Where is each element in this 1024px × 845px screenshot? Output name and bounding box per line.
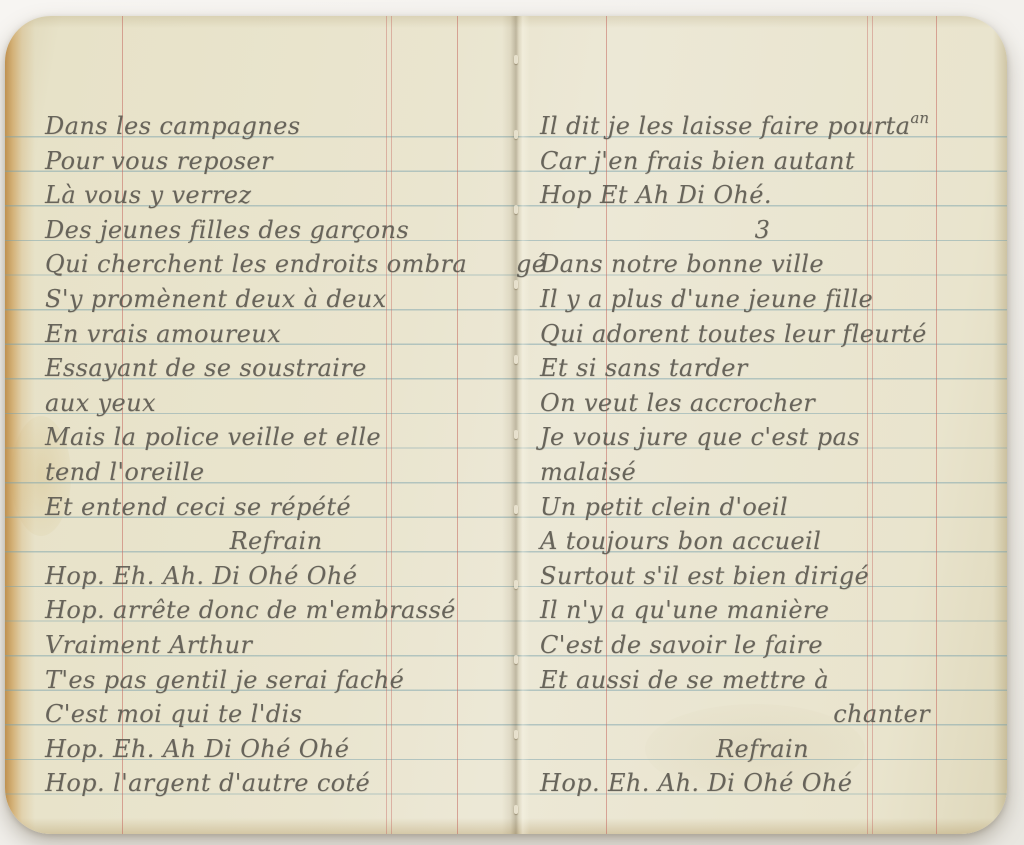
handwritten-line: Il dit je les laisse faire pourtaan: [540, 109, 985, 144]
line-text: Un petit clein d'oeil: [540, 493, 788, 521]
stitch-mark: [514, 430, 518, 439]
handwritten-line: T'es pas gentil je serai faché: [45, 663, 507, 698]
line-text: chanter: [833, 700, 930, 728]
stitch-mark: [514, 505, 518, 514]
line-text: Et entend ceci se répété: [45, 493, 351, 521]
right-page-text: Il dit je les laisse faire pourtaanCar j…: [540, 16, 985, 834]
stitch-mark: [514, 130, 518, 139]
line-text: Vraiment Arthur: [45, 631, 252, 659]
handwritten-line: Dans les campagnes: [45, 109, 507, 144]
handwritten-line: C'est de savoir le faire: [540, 628, 985, 663]
handwritten-line: Un petit clein d'oeil: [540, 490, 985, 525]
line-text: Pour vous reposer: [45, 147, 273, 175]
handwritten-line: géDans notre bonne ville: [540, 247, 985, 282]
handwritten-line: Surtout s'il est bien dirigé: [540, 559, 985, 594]
handwritten-line: Qui cherchent les endroits ombra: [45, 247, 507, 282]
handwritten-line: Des jeunes filles des garçons: [45, 213, 507, 248]
handwritten-line: Hop. l'argent d'autre coté: [45, 766, 507, 801]
handwritten-line: chanter: [540, 697, 985, 732]
handwritten-line: 3: [540, 213, 985, 248]
handwritten-line: Hop. Eh. Ah Di Ohé Ohé: [45, 732, 507, 767]
line-text: C'est moi qui te l'dis: [45, 700, 302, 728]
handwritten-line: En vrais amoureux: [45, 317, 507, 352]
line-text: Qui cherchent les endroits ombra: [45, 250, 467, 278]
handwritten-line: Essayant de se soustraire: [45, 351, 507, 386]
handwritten-line: Qui adorent toutes leur fleurté: [540, 317, 985, 352]
stitch-mark: [514, 655, 518, 664]
line-text: On veut les accrocher: [540, 389, 815, 417]
line-text: Dans les campagnes: [45, 112, 301, 140]
scan-background: Dans les campagnesPour vous reposerLà vo…: [0, 0, 1024, 845]
handwritten-line: Il y a plus d'une jeune fille: [540, 282, 985, 317]
line-text: Hop. Eh. Ah Di Ohé Ohé: [45, 735, 349, 763]
line-text: Hop. l'argent d'autre coté: [45, 769, 370, 797]
line-text: Il n'y a qu'une manière: [540, 596, 829, 624]
stitch-mark: [514, 580, 518, 589]
stitch-mark: [514, 730, 518, 739]
line-text: aux yeux: [45, 389, 156, 417]
line-text: Il dit je les laisse faire pourta: [540, 112, 910, 140]
line-text: S'y promènent deux à deux: [45, 285, 387, 313]
handwritten-line: S'y promènent deux à deux: [45, 282, 507, 317]
handwritten-line: Hop Et Ah Di Ohé.: [540, 178, 985, 213]
handwritten-line: malaisé: [540, 455, 985, 490]
left-page-text: Dans les campagnesPour vous reposerLà vo…: [45, 16, 507, 834]
handwritten-line: C'est moi qui te l'dis: [45, 697, 507, 732]
line-text: Hop. arrête donc de m'embrassé: [45, 596, 456, 624]
stitch-mark: [514, 205, 518, 214]
handwritten-line: Là vous y verrez: [45, 178, 507, 213]
superscript-tail: an: [910, 109, 929, 127]
line-text: T'es pas gentil je serai faché: [45, 666, 404, 694]
handwritten-line: On veut les accrocher: [540, 386, 985, 421]
stitch-mark: [514, 355, 518, 364]
handwritten-line: Pour vous reposer: [45, 144, 507, 179]
handwritten-line: Hop. Eh. Ah. Di Ohé Ohé: [540, 766, 985, 801]
line-text: Car j'en frais bien autant: [540, 147, 855, 175]
line-text: Qui adorent toutes leur fleurté: [540, 320, 927, 348]
line-text: Hop. Eh. Ah. Di Ohé Ohé: [45, 562, 357, 590]
notebook-spread: Dans les campagnesPour vous reposerLà vo…: [5, 16, 1007, 834]
line-text: Là vous y verrez: [45, 181, 251, 209]
handwritten-line: aux yeux: [45, 386, 507, 421]
line-text: tend l'oreille: [45, 458, 205, 486]
line-text: Essayant de se soustraire: [45, 354, 367, 382]
margin-continuation: gé: [516, 247, 546, 282]
line-text: Et si sans tarder: [540, 354, 748, 382]
stitch-mark: [514, 805, 518, 814]
line-text: Je vous jure que c'est pas: [540, 423, 860, 451]
line-text: Refrain: [230, 527, 323, 555]
line-text: Et aussi de se mettre à: [540, 666, 829, 694]
handwritten-line: Refrain: [540, 732, 985, 767]
line-text: Dans notre bonne ville: [540, 250, 824, 278]
line-text: 3: [755, 216, 771, 244]
line-text: Il y a plus d'une jeune fille: [540, 285, 873, 313]
line-text: Hop Et Ah Di Ohé.: [540, 181, 772, 209]
handwritten-line: Mais la police veille et elle: [45, 420, 507, 455]
handwritten-line: Je vous jure que c'est pas: [540, 420, 985, 455]
handwritten-line: Et si sans tarder: [540, 351, 985, 386]
line-text: Des jeunes filles des garçons: [45, 216, 409, 244]
handwritten-line: A toujours bon accueil: [540, 524, 985, 559]
handwritten-line: Hop. arrête donc de m'embrassé: [45, 593, 507, 628]
line-text: Surtout s'il est bien dirigé: [540, 562, 869, 590]
handwritten-line: Hop. Eh. Ah. Di Ohé Ohé: [45, 559, 507, 594]
line-text: A toujours bon accueil: [540, 527, 821, 555]
line-text: C'est de savoir le faire: [540, 631, 823, 659]
handwritten-line: tend l'oreille: [45, 455, 507, 490]
line-text: En vrais amoureux: [45, 320, 281, 348]
handwritten-line: Refrain: [45, 524, 507, 559]
stitch-mark: [514, 55, 518, 64]
line-text: Refrain: [716, 735, 809, 763]
handwritten-line: Et entend ceci se répété: [45, 490, 507, 525]
line-text: Hop. Eh. Ah. Di Ohé Ohé: [540, 769, 852, 797]
line-text: Mais la police veille et elle: [45, 423, 381, 451]
handwritten-line: Il n'y a qu'une manière: [540, 593, 985, 628]
handwritten-line: Car j'en frais bien autant: [540, 144, 985, 179]
handwritten-line: Et aussi de se mettre à: [540, 663, 985, 698]
handwritten-line: Vraiment Arthur: [45, 628, 507, 663]
line-text: malaisé: [540, 458, 636, 486]
